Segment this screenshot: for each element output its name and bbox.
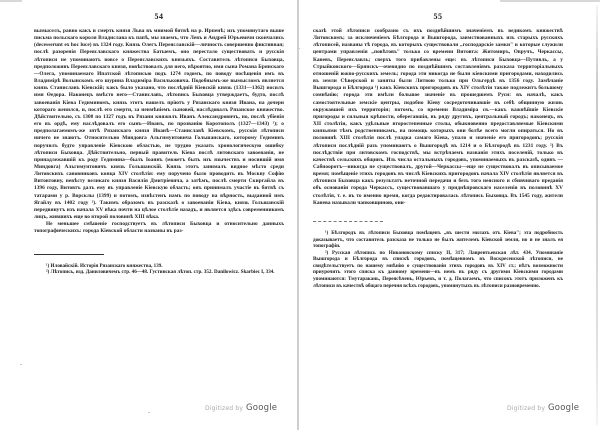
body-text: сказѣ этой лѣтописи сообразно съ ихъ поз… bbox=[313, 28, 563, 207]
scan-speck bbox=[148, 412, 150, 413]
paragraph: сказѣ этой лѣтописи сообразно съ ихъ поз… bbox=[313, 28, 563, 207]
scan-edge-right bbox=[596, 5, 598, 425]
scan-speck bbox=[20, 364, 22, 365]
book-gutter bbox=[297, 0, 299, 430]
google-watermark: Digitized by Google bbox=[205, 403, 277, 413]
paragraph: вымыселъ, равно какъ и смерть князя Льва… bbox=[34, 28, 284, 221]
right-page: 55 сказѣ этой лѣтописи сообразно съ ихъ … bbox=[313, 0, 563, 289]
scan-speck bbox=[298, 48, 300, 49]
watermark-brand: Google bbox=[548, 403, 579, 413]
footnote-separator bbox=[34, 254, 104, 255]
watermark-prefix: Digitized by bbox=[205, 405, 243, 412]
footnote: ²) Лѣтопись, изд. Даниловичемъ стр. 46—4… bbox=[34, 269, 284, 276]
footnote-separator bbox=[313, 221, 383, 222]
footnotes: ¹) Иловайскій. Исторія Рязанскаго княжес… bbox=[34, 263, 284, 276]
footnote: ²) Русская лѣтопись по Никоновскому спис… bbox=[313, 250, 563, 290]
footnote: ¹) Бѣлгородъ въ лѣтописи Быховца помѣщен… bbox=[313, 230, 563, 250]
left-page: 54 вымыселъ, равно какъ и смерть князя Л… bbox=[34, 0, 284, 276]
footnotes: ¹) Бѣлгородъ въ лѣтописи Быховца помѣщен… bbox=[313, 230, 563, 289]
page-number: 54 bbox=[34, 12, 284, 21]
paragraph: Не меньшее смѣшеніе господствуетъ въ лѣт… bbox=[34, 221, 284, 235]
watermark-prefix: Digitized by bbox=[507, 405, 545, 412]
page-number: 55 bbox=[313, 12, 563, 21]
google-watermark: Digitized by Google bbox=[507, 403, 579, 413]
scan-edge-left bbox=[0, 0, 22, 2]
body-text: вымыселъ, равно какъ и смерть князя Льва… bbox=[34, 28, 284, 236]
watermark-brand: Google bbox=[246, 403, 277, 413]
